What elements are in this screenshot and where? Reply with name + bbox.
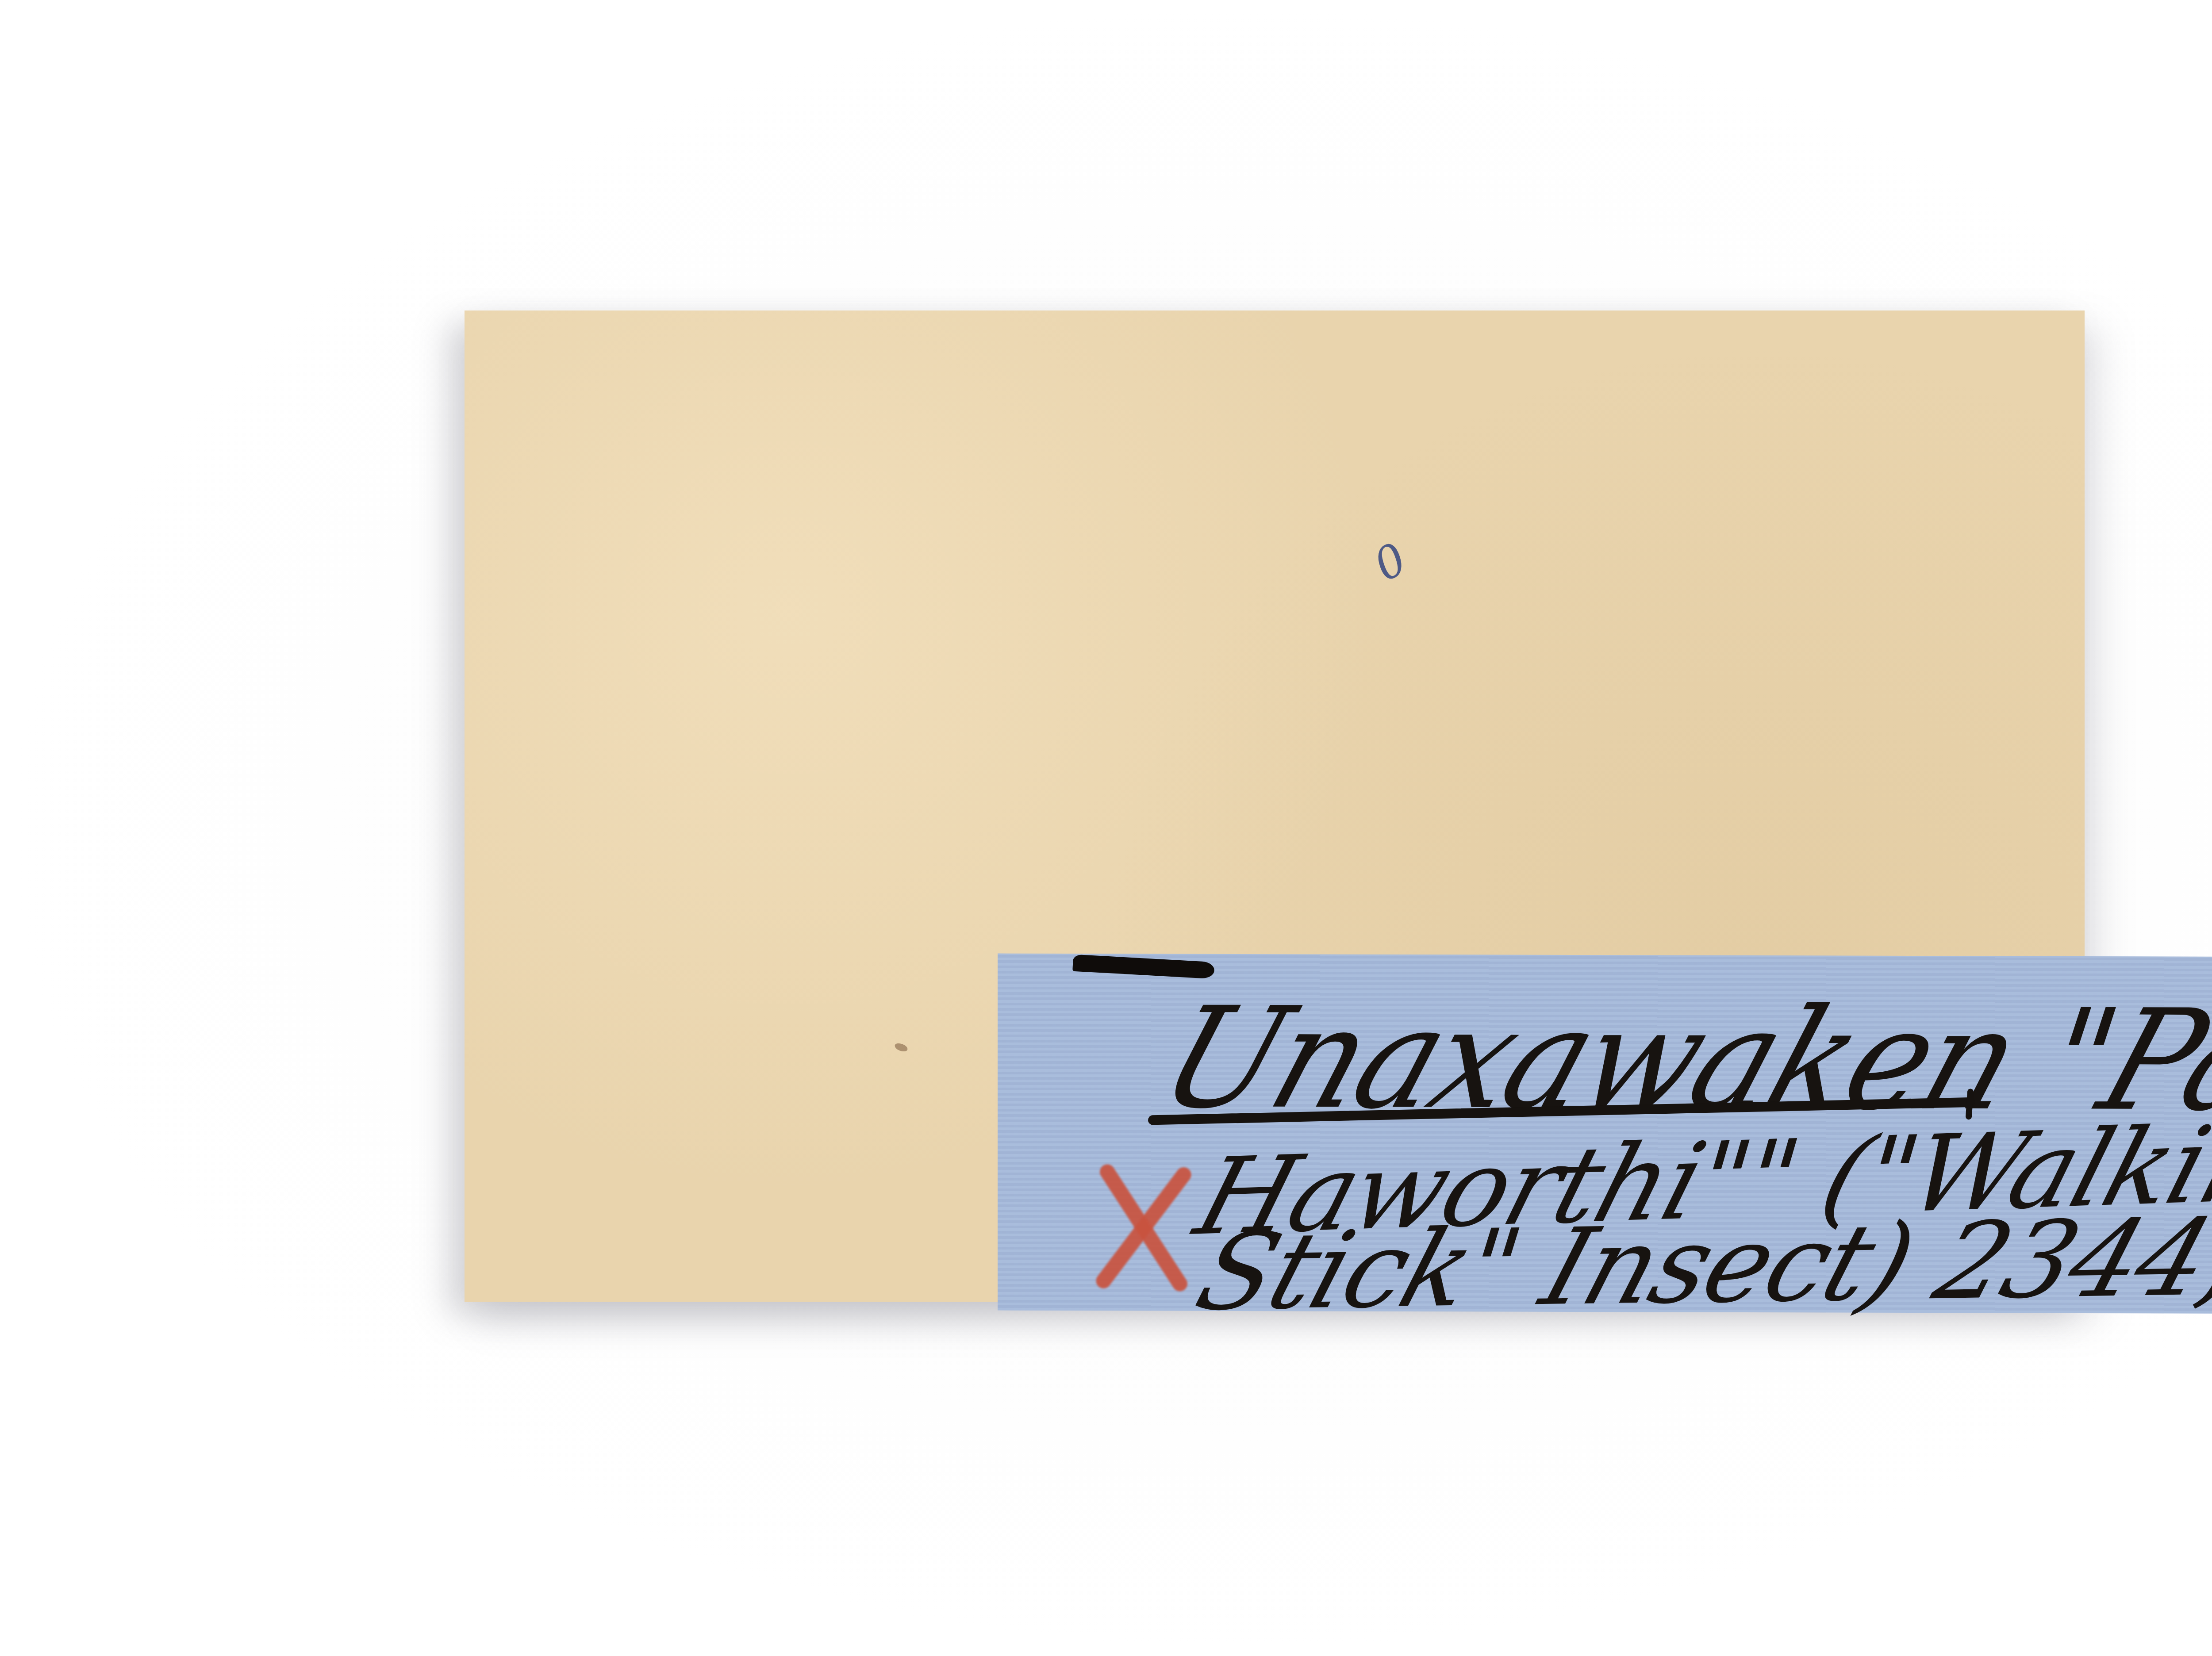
ink-dash-stroke — [1072, 954, 1215, 979]
stain-spot — [894, 1042, 909, 1053]
label-line-3: Stick" Insect) 2344,5; — [1183, 1194, 2212, 1334]
label-strip: Unaxawaken "Palophus Haworthi"" ("Walkin… — [998, 954, 2212, 1315]
card-top-mark: 0 — [1373, 542, 1414, 579]
specimen-card: 0 Unaxawaken "Palophus Haworthi"" ("Walk… — [465, 310, 2085, 1302]
red-cross-mark-icon — [1084, 1154, 1203, 1302]
